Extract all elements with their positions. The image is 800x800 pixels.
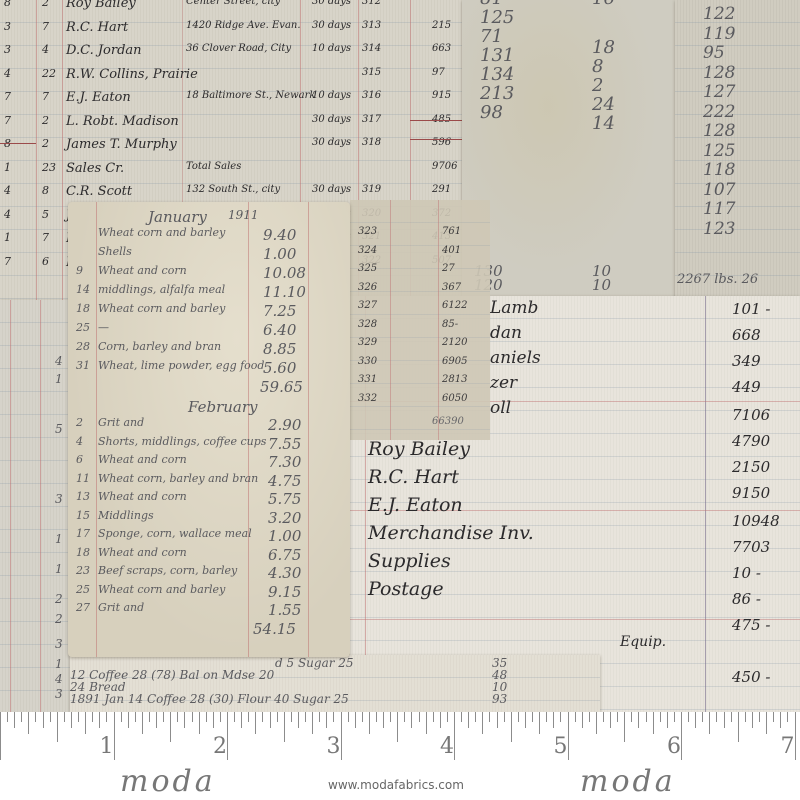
ruler-tick xyxy=(674,712,675,722)
entry-description: Wheat, lime powder, egg food xyxy=(98,359,264,372)
entry-day: 11 xyxy=(76,472,90,485)
left-ledger-strip: Grain calRock clrGrass seed415311223143 xyxy=(0,300,75,712)
entry-description: Wheat and corn xyxy=(98,453,187,466)
ledger-amount: 215 xyxy=(432,20,451,31)
ruler-tick xyxy=(156,712,157,728)
account-amount: 2150 xyxy=(732,458,770,476)
feed-account-sheet: January 1911 Wheat corn and barley9.40Sh… xyxy=(68,202,350,657)
ledger-terms: 30 days xyxy=(312,184,351,195)
strip-number: 3 xyxy=(55,687,63,701)
ledger-num: 4 xyxy=(4,67,11,80)
account-amount: 7703 xyxy=(732,538,770,556)
ledger-address: Total Sales xyxy=(186,161,241,172)
receipt-value: 107 xyxy=(703,180,735,200)
entry-description: Middlings xyxy=(98,509,154,522)
ledger-num: 6 xyxy=(42,255,49,268)
strip-number: 3 xyxy=(55,637,63,651)
ledger-num: 7 xyxy=(4,90,11,103)
ledger-invoice: 312 xyxy=(362,0,381,7)
ledger-amount: 485 xyxy=(432,114,451,125)
stub-invoice: 328 xyxy=(358,319,377,330)
entry-day: 15 xyxy=(76,509,90,522)
entry-amount: 9.15 xyxy=(268,583,301,601)
ruler-tick xyxy=(795,712,796,760)
ruler-tick xyxy=(326,712,327,728)
ledger-terms: 30 days xyxy=(312,137,351,148)
ruler-tick xyxy=(560,712,561,722)
stub-amount: 6905 xyxy=(442,356,467,367)
ruler-tick xyxy=(475,712,476,722)
entry-day: 14 xyxy=(76,283,90,296)
ruler-tick xyxy=(497,712,498,728)
ruler-tick xyxy=(745,712,746,722)
ledger-amount: 9706 xyxy=(432,161,457,172)
account-amount: 349 xyxy=(732,352,761,370)
ruler-number: 6 xyxy=(667,734,681,759)
ruler-tick xyxy=(426,712,427,734)
ledger-invoice: 314 xyxy=(362,43,381,54)
ruler-tick xyxy=(50,712,51,722)
ruler-tick xyxy=(582,712,583,728)
stub-invoice: 327 xyxy=(358,300,377,311)
entry-amount: 2.90 xyxy=(268,416,301,434)
ruler-tick xyxy=(341,712,342,760)
entry-amount: 7.55 xyxy=(268,435,301,453)
ruler-tick xyxy=(482,712,483,734)
ruler-number: 4 xyxy=(440,734,454,759)
strip-number: 4 xyxy=(55,672,63,686)
entry-amount: 8.85 xyxy=(263,340,296,358)
ledger-name: R.W. Collins, Prairie xyxy=(66,67,198,82)
stub-total: 66390 xyxy=(432,416,464,427)
ruler-tick xyxy=(752,712,753,728)
account-partial: oll xyxy=(490,398,511,418)
entry-amount: 4.75 xyxy=(268,472,301,490)
entry-description: Sponge, corn, wallace meal xyxy=(98,527,252,540)
ruler-tick xyxy=(92,712,93,722)
ruler-tick xyxy=(440,712,441,728)
stub-invoice: 323 xyxy=(358,226,377,237)
ledger-num: 2 xyxy=(42,0,49,9)
ledger-address: 1420 Ridge Ave. Evan. xyxy=(186,20,301,31)
ruler-tick xyxy=(85,712,86,734)
ledger-address: 36 Clover Road, City xyxy=(186,43,291,54)
account-name: Merchandise Inv. xyxy=(368,522,534,544)
ruler-tick xyxy=(702,712,703,722)
account-amount: 7106 xyxy=(732,406,770,424)
receipt-value: 95 xyxy=(703,43,725,63)
entry-day: 13 xyxy=(76,490,90,503)
entry-day: 27 xyxy=(76,601,90,614)
receipt-value: 16 xyxy=(592,0,615,9)
account-partial: zer xyxy=(490,373,517,393)
receipt-value: 2 xyxy=(592,75,603,96)
ruler-tick xyxy=(192,712,193,722)
stub-amount: 761 xyxy=(442,226,461,237)
ruler-tick xyxy=(631,712,632,722)
ruler-tick xyxy=(43,712,44,728)
receipt-value: 8 xyxy=(592,56,603,77)
ledger-name: R.C. Hart xyxy=(66,20,128,35)
ruler-tick xyxy=(724,712,725,728)
stub-amount: 27 xyxy=(442,263,455,274)
ruler-tick xyxy=(35,712,36,722)
account-amount: 475 - xyxy=(732,616,770,634)
ledger-name: E.J. Eaton xyxy=(66,90,131,105)
ruler-tick xyxy=(106,712,107,722)
ledger-num: 8 xyxy=(4,0,11,9)
ruler-tick xyxy=(390,712,391,722)
stub-invoice: 330 xyxy=(358,356,377,367)
entry-day: 6 xyxy=(76,453,83,466)
stub-amount: 2120 xyxy=(442,337,467,348)
ledger-terms: 10 days xyxy=(312,90,351,101)
grocery-item: d 5 Sugar 25 xyxy=(275,656,354,670)
account-partial: Lamb xyxy=(490,298,538,318)
ledger-name: James T. Murphy xyxy=(66,137,177,152)
stub-amount: 367 xyxy=(442,282,461,293)
entry-description: Grit and xyxy=(98,416,144,429)
entry-day: 2 xyxy=(76,416,83,429)
ruler-tick xyxy=(759,712,760,722)
ruler-tick xyxy=(532,712,533,722)
ruler-tick xyxy=(369,712,370,734)
ruler-tick xyxy=(291,712,292,722)
entry-day: 25 xyxy=(76,321,90,334)
receipt-value: 10 xyxy=(592,276,611,294)
ruler-tick xyxy=(355,712,356,728)
receipt-value: 118 xyxy=(703,160,735,180)
ruler-tick xyxy=(78,712,79,722)
entry-description: Grit and xyxy=(98,601,144,614)
ruler-tick xyxy=(163,712,164,722)
ruler-tick xyxy=(319,712,320,722)
ruler-tick xyxy=(610,712,611,728)
grocery-amount: 93 xyxy=(492,692,507,706)
ruler-tick xyxy=(149,712,150,722)
strip-number: 5 xyxy=(55,422,63,436)
invoice-number-stub: 32376132440132527326367327612232885-3292… xyxy=(350,200,490,440)
ledger-num: 1 xyxy=(4,231,11,244)
account-amount: 10 - xyxy=(732,564,761,582)
ruler-tick xyxy=(312,712,313,734)
entry-amount: 10.08 xyxy=(263,264,306,282)
ledger-name: Sales Cr. xyxy=(66,161,124,176)
ruler-tick xyxy=(525,712,526,728)
stub-amount: 85- xyxy=(442,319,458,330)
ruler-tick xyxy=(539,712,540,734)
ruler-tick xyxy=(234,712,235,722)
ledger-num: 4 xyxy=(42,43,49,56)
account-name: R.C. Hart xyxy=(368,466,459,488)
strip-number: 1 xyxy=(55,532,63,546)
february-total: 54.15 xyxy=(253,620,296,638)
ledger-address: 132 South St., city xyxy=(186,184,280,195)
moda-logo: moda xyxy=(120,764,216,799)
ruler-tick xyxy=(241,712,242,728)
ruler-tick xyxy=(511,712,512,742)
ruler-tick xyxy=(646,712,647,722)
strip-number: 3 xyxy=(55,492,63,506)
ruler-tick xyxy=(638,712,639,728)
stub-amount: 6122 xyxy=(442,300,467,311)
ledger-amount: 915 xyxy=(432,90,451,101)
receipt-value: 123 xyxy=(703,219,735,239)
ledger-address: Center Street, city xyxy=(186,0,280,7)
stub-invoice: 329 xyxy=(358,337,377,348)
receipt-value: 24 xyxy=(592,94,615,115)
ruler-tick xyxy=(199,712,200,734)
ledger-amount: 663 xyxy=(432,43,451,54)
entry-description: Wheat corn, barley and bran xyxy=(98,472,258,485)
entry-amount: 1.00 xyxy=(263,245,296,263)
entry-description: middlings, alfalfa meal xyxy=(98,283,225,296)
account-name: E.J. Eaton xyxy=(368,494,463,516)
ledger-invoice: 317 xyxy=(362,114,381,125)
entry-description: Corn, barley and bran xyxy=(98,340,221,353)
ruler-tick xyxy=(121,712,122,722)
month-january: January xyxy=(148,208,207,226)
ruler-tick xyxy=(348,712,349,722)
stub-invoice: 332 xyxy=(358,393,377,404)
ledger-name: L. Robt. Madison xyxy=(66,114,179,129)
account-name: Supplies xyxy=(368,550,451,572)
account-partial: aniels xyxy=(490,348,541,368)
ruler-tick xyxy=(461,712,462,722)
stub-invoice: 325 xyxy=(358,263,377,274)
entry-day: 4 xyxy=(76,435,83,448)
ruler-tick xyxy=(284,712,285,742)
ruler-tick xyxy=(568,712,569,760)
receipt-value: 222 xyxy=(703,102,735,122)
grocery-item: 1891 Jan 14 Coffee 28 (30) Flour 40 Suga… xyxy=(70,692,349,706)
entry-amount: 3.20 xyxy=(268,509,301,527)
entry-day: 28 xyxy=(76,340,90,353)
ruler-tick xyxy=(184,712,185,728)
stub-invoice: 324 xyxy=(358,245,377,256)
account-equip: Equip. xyxy=(620,634,666,650)
ruler-tick xyxy=(603,712,604,722)
ledger-num: 22 xyxy=(42,67,56,80)
account-partial: dan xyxy=(490,323,522,343)
entry-amount: 5.60 xyxy=(263,359,296,377)
receipt-value: 18 xyxy=(592,37,615,58)
stub-amount: 6050 xyxy=(442,393,467,404)
ledger-name: D.C. Jordan xyxy=(66,43,142,58)
ruler-tick xyxy=(227,712,228,760)
receipt-value: 134 xyxy=(480,64,514,85)
ruler-tick xyxy=(688,712,689,722)
receipt-value: 213 xyxy=(480,83,514,104)
entry-description: Beef scraps, corn, barley xyxy=(98,564,237,577)
receipt-value: 122 xyxy=(703,4,735,24)
ruler-tick xyxy=(617,712,618,722)
measurement-ruler: 1234567 moda www.modafabrics.com moda xyxy=(0,712,800,800)
ruler-number: 7 xyxy=(781,734,795,759)
ruler-tick xyxy=(766,712,767,734)
ruler-tick xyxy=(624,712,625,742)
ruler-tick xyxy=(142,712,143,734)
ledger-num: 7 xyxy=(42,231,49,244)
entry-amount: 7.30 xyxy=(268,453,301,471)
account-amount: 449 xyxy=(732,378,761,396)
ruler-tick xyxy=(518,712,519,722)
weight-receipt-sheet-far: 122119951281272221281251181071171232267 … xyxy=(675,0,800,300)
entry-description: — xyxy=(98,321,109,334)
weight-receipt-sheet: 811257113113421398130120 16188224141010 xyxy=(462,0,677,305)
ledger-num: 4 xyxy=(4,208,11,221)
entry-amount: 9.40 xyxy=(263,226,296,244)
ledger-num: 2 xyxy=(42,137,49,150)
ruler-tick xyxy=(419,712,420,722)
ruler-tick xyxy=(504,712,505,722)
ruler-tick xyxy=(695,712,696,728)
ruler-tick xyxy=(553,712,554,728)
entry-day: 31 xyxy=(76,359,90,372)
ruler-tick xyxy=(206,712,207,722)
entry-amount: 1.00 xyxy=(268,527,301,545)
ledger-num: 4 xyxy=(4,184,11,197)
receipt-value: 14 xyxy=(592,113,615,134)
strip-number: 2 xyxy=(55,612,63,626)
ruler-tick xyxy=(220,712,221,722)
ruler-tick xyxy=(433,712,434,722)
entry-description: Shorts, middlings, coffee cups xyxy=(98,435,266,448)
ruler-tick xyxy=(0,712,1,760)
ruler-tick xyxy=(660,712,661,722)
ruler-tick xyxy=(57,712,58,742)
ruler-tick xyxy=(71,712,72,728)
account-amount: 101 - xyxy=(732,300,770,318)
ruler-tick xyxy=(213,712,214,728)
ruler-tick xyxy=(681,712,682,760)
ledger-address: 18 Baltimore St., Newark xyxy=(186,90,315,101)
account-amount: 4790 xyxy=(732,432,770,450)
receipt-footer: 2267 lbs. 26 xyxy=(677,272,758,287)
ruler-tick xyxy=(177,712,178,722)
ruler-tick xyxy=(376,712,377,722)
entry-description: Shells xyxy=(98,245,132,258)
strip-number: 1 xyxy=(55,372,63,386)
ledger-invoice: 316 xyxy=(362,90,381,101)
account-name: Postage xyxy=(368,578,444,600)
ledger-num: 8 xyxy=(42,184,49,197)
ruler-tick xyxy=(170,712,171,742)
entry-day: 18 xyxy=(76,302,90,315)
ledger-invoice: 315 xyxy=(362,67,381,78)
ruler-tick xyxy=(270,712,271,728)
ruler-tick xyxy=(255,712,256,734)
strip-number: 4 xyxy=(55,354,63,368)
receipt-value: 125 xyxy=(703,141,735,161)
receipt-value: 127 xyxy=(703,82,735,102)
stub-invoice: 331 xyxy=(358,374,377,385)
entry-description: Wheat and corn xyxy=(98,490,187,503)
grocery-ledger-sheet: Salt 520d 5 Sugar 253512 Coffee 28 (78) … xyxy=(70,655,600,712)
stub-amount: 2813 xyxy=(442,374,467,385)
receipt-value: 128 xyxy=(703,121,735,141)
account-amount: 9150 xyxy=(732,484,770,502)
ledger-terms: 30 days xyxy=(312,0,351,7)
ruler-tick xyxy=(305,712,306,722)
ledger-amount: 97 xyxy=(432,67,445,78)
receipt-value: 71 xyxy=(480,26,503,47)
ruler-tick xyxy=(731,712,732,722)
ruler-tick xyxy=(277,712,278,722)
entry-amount: 6.75 xyxy=(268,546,301,564)
ledger-num: 7 xyxy=(42,90,49,103)
ruler-tick xyxy=(447,712,448,722)
ledger-name: Roy Bailey xyxy=(66,0,136,11)
ruler-number: 3 xyxy=(327,734,341,759)
entry-day: 18 xyxy=(76,546,90,559)
receipt-value: 119 xyxy=(703,24,735,44)
account-amount: 450 - xyxy=(732,668,770,686)
stub-amount: 401 xyxy=(442,245,461,256)
receipt-value: 98 xyxy=(480,102,503,123)
ruler-tick xyxy=(780,712,781,728)
ruler-tick xyxy=(787,712,788,722)
ledger-num: 3 xyxy=(4,43,11,56)
ruler-tick xyxy=(7,712,8,722)
ruler-tick xyxy=(362,712,363,722)
ruler-tick xyxy=(298,712,299,728)
ledger-num: 7 xyxy=(4,114,11,127)
ruler-tick xyxy=(589,712,590,722)
entry-amount: 6.40 xyxy=(263,321,296,339)
strip-number: 1 xyxy=(55,657,63,671)
ledger-num: 7 xyxy=(4,255,11,268)
receipt-value: 131 xyxy=(480,45,514,66)
entry-description: Wheat corn and barley xyxy=(98,302,225,315)
ruler-tick xyxy=(468,712,469,728)
ledger-num: 5 xyxy=(42,208,49,221)
ledger-num: 1 xyxy=(4,161,11,174)
january-total: 59.65 xyxy=(260,378,303,396)
ledger-num: 2 xyxy=(42,114,49,127)
entry-day: 25 xyxy=(76,583,90,596)
ledger-amount: 291 xyxy=(432,184,451,195)
ledger-name: C.R. Scott xyxy=(66,184,132,199)
account-amount: 86 - xyxy=(732,590,761,608)
year-label: 1911 xyxy=(228,208,259,222)
ruler-tick xyxy=(333,712,334,722)
ruler-tick xyxy=(738,712,739,742)
entry-amount: 7.25 xyxy=(263,302,296,320)
ruler-tick xyxy=(596,712,597,734)
strip-number: 2 xyxy=(55,592,63,606)
month-february: February xyxy=(188,398,258,416)
entry-day: 9 xyxy=(76,264,83,277)
ruler-tick xyxy=(383,712,384,728)
receipt-value: 117 xyxy=(703,199,735,219)
ruler-tick xyxy=(667,712,668,728)
ruler-tick xyxy=(135,712,136,722)
strip-number: 1 xyxy=(55,562,63,576)
fabric-print: 82Roy BaileyCenter Street, city30 days31… xyxy=(0,0,800,712)
ledger-invoice: 319 xyxy=(362,184,381,195)
ruler-tick xyxy=(114,712,115,760)
ruler-tick xyxy=(489,712,490,722)
ledger-terms: 10 days xyxy=(312,43,351,54)
ruler-tick xyxy=(546,712,547,722)
entry-day: 23 xyxy=(76,564,90,577)
ruler-number: 2 xyxy=(213,734,227,759)
ruler-number: 5 xyxy=(554,734,568,759)
ruler-tick xyxy=(397,712,398,742)
ledger-terms: 30 days xyxy=(312,114,351,125)
account-amount: 668 xyxy=(732,326,761,344)
